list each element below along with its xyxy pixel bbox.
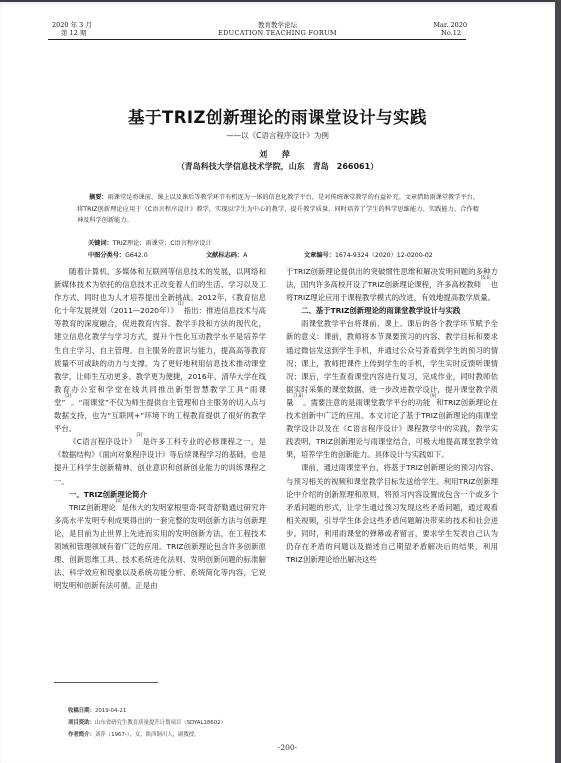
- paragraph-text: 《C语言程序设计》: [69, 437, 136, 446]
- keywords-text: TRIZ理论；雨课堂；C语言程序设计: [113, 240, 212, 247]
- footnote-label: 项目资助：: [68, 720, 95, 726]
- footnote-text: 刘萍（1967-），女，陕西铜川人，副教授。: [95, 732, 200, 738]
- body-paragraph: 随着计算机、多媒体和互联网等信息技术的发展，以网络和新媒体技术为依托的信息技术正…: [54, 265, 266, 435]
- section-heading-2: 二、基于TRIZ创新理论的雨课堂教学设计与实践: [286, 304, 498, 317]
- doc-code-value: A: [243, 252, 247, 259]
- article-author: 刘 萍: [0, 149, 555, 160]
- journal-name-en: EDUCATION TEACHING FORUM: [0, 29, 555, 37]
- footnote-label: 作者简介：: [68, 732, 95, 738]
- body-paragraph: TRIZ创新理论[4]是伟大的发明家根里奇·阿奇舒勒通过研究许多高水平发明专利成…: [54, 501, 266, 593]
- clc-value: G642.0: [125, 252, 148, 259]
- keywords-label: 关键词：: [88, 240, 113, 247]
- footnote-funding: 项目资助：山东省研究生教育质量提升计划项目（SDYAL18602）: [68, 717, 226, 729]
- footnote-text: 2019-04-21: [95, 708, 126, 714]
- doc-code-label: 文献标志码：: [206, 252, 243, 259]
- header-number-en: No.12: [433, 29, 467, 37]
- paragraph-text: 。需要注意的是雨课堂教学平台的功能: [303, 398, 430, 407]
- body-column-right: 于TRIZ创新理论提供出的突破惯性思维和解决发明问题的多种方法，国内许多高校开设…: [286, 265, 498, 566]
- paragraph-text: 。“雨课堂”不仅为师生提供自主管理和自主服务的切入点与数据支持，也为“互联网+”…: [54, 398, 266, 433]
- abstract: 摘要：雨课堂是将课前、课上以及课后等教学环节有机连为一体的信息化教学平台，是对传…: [77, 192, 479, 227]
- header-issue-en: Mar. 2020 No.12: [433, 21, 467, 37]
- paragraph-text: 和TRIZ创新理论在技术创新中广泛的应用。本文讨论了基于TRIZ创新理论的雨课堂…: [286, 398, 498, 459]
- footnotes: 收稿日期：2019-04-21 项目资助：山东省研究生教育质量提升计划项目（SD…: [68, 705, 226, 741]
- paragraph-text: 于TRIZ创新理论提供出的突破惯性思维和解决发明问题的多种方法，国内许多高校开设…: [286, 267, 498, 289]
- paragraph-text: TRIZ创新理论: [69, 503, 116, 512]
- keywords: 关键词：TRIZ理论；雨课堂；C语言程序设计: [88, 238, 212, 247]
- page-number: -200-: [0, 743, 561, 752]
- body-paragraph: 于TRIZ创新理论提供出的突破惯性思维和解决发明问题的多种方法，国内许多高校开设…: [286, 265, 498, 304]
- abstract-text: 雨课堂是将课前、课上以及课后等教学环节有机连为一体的信息化教学平台，是对传统课堂…: [77, 194, 479, 224]
- clc-label: 中图分类号：: [88, 252, 125, 259]
- footnote-rule: [54, 682, 158, 683]
- author-affiliation: （青岛科技大学信息技术学院，山东 青岛 266061）: [0, 161, 555, 172]
- body-paragraph: 课前，通过雨课堂平台，将基于TRIZ创新理论的预习内容、与预习相关的视频和课堂教…: [286, 461, 498, 566]
- article-subtitle: ——以《C语言程序设计》为例: [0, 130, 555, 141]
- article-no-value: 1674-9324（2020）12-0200-02: [335, 252, 433, 259]
- article-title: 基于TRIZ创新理论的雨课堂设计与实践: [0, 104, 555, 128]
- footnote-label: 收稿日期：: [68, 708, 95, 714]
- footnote-text: 山东省研究生教育质量提升计划项目（SDYAL18602）: [95, 720, 226, 726]
- classification-line: 中图分类号：G642.0文献标志码：A文章编号：1674-9324（2020）1…: [88, 250, 488, 259]
- abstract-label: 摘要：: [89, 194, 108, 201]
- citation-ref: [5,6]: [481, 275, 490, 280]
- footnote-author-bio: 作者简介：刘萍（1967-），女，陕西铜川人，副教授。: [68, 729, 226, 741]
- journal-name-cn: 教育教学论坛: [0, 21, 555, 29]
- body-column-left: 随着计算机、多媒体和互联网等信息技术的发展，以网络和新媒体技术为依托的信息技术正…: [54, 265, 266, 592]
- footnote-received: 收稿日期：2019-04-21: [68, 705, 226, 717]
- header-journal-name: 教育教学论坛 EDUCATION TEACHING FORUM: [0, 21, 555, 37]
- citation-ref: [7,8]: [294, 393, 303, 398]
- header-rule: [48, 39, 466, 40]
- paragraph-text: 雨课堂教学平台将课前、课上、课后的各个教学环节赋予全新的意义：课前，教师将本节课…: [286, 319, 498, 407]
- paragraph-text: 是伟大的发明家根里奇·阿奇舒勒通过研究许多高水平发明专利成果得出的一套完整的发明…: [54, 503, 266, 591]
- header-date-en: Mar. 2020: [433, 21, 467, 29]
- section-heading-1: 一、TRIZ创新理论简介: [54, 488, 266, 501]
- body-paragraph: 雨课堂教学平台将课前、课上、课后的各个教学环节赋予全新的意义：课前，教师将本节课…: [286, 317, 498, 461]
- body-paragraph: 《C语言程序设计》[3]是许多工科专业的必修课程之一，是《数据结构》《面向对象程…: [54, 435, 266, 487]
- article-no-label: 文章编号：: [304, 252, 335, 259]
- paragraph-text: 指出：推进信息技术与高等教育的深度融合，促进教育内容、教学手段和方法的现代化，建…: [54, 306, 266, 407]
- viewer-scrollbar[interactable]: [555, 0, 561, 763]
- paper-page: 2020 年 3 月 第 12 期 教育教学论坛 EDUCATION TEACH…: [0, 2, 555, 763]
